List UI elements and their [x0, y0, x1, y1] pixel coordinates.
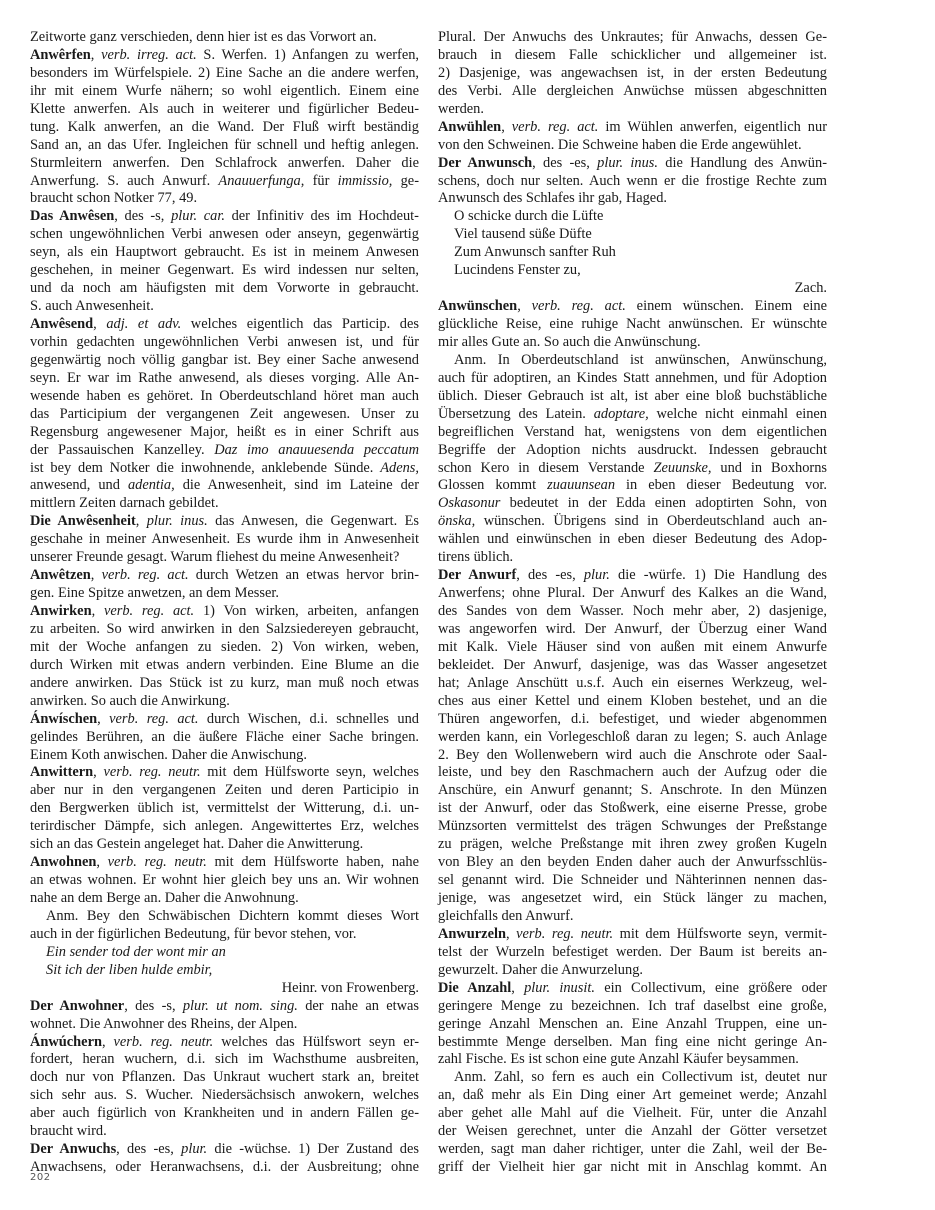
text-run: von Bley an den beyden Enden daher auch … [438, 854, 827, 870]
text-run: geschahe in meiner Anwesenheit. Es wurde… [30, 531, 419, 547]
text-run: doch nur von Pflanzen. Das Unkraut wuche… [30, 1069, 419, 1085]
text-run: das Anwesen, die Gegenwart. Es [208, 513, 419, 529]
text-line: gen. Eine Spitze anwetzen, an dem Messer… [30, 585, 419, 603]
text-run: Anwerfung. S. auch Anwurf. [30, 173, 218, 189]
text-run: Zach. [795, 280, 827, 296]
text-line: Zach. [438, 280, 827, 298]
text-run: gewurzelt. Daher die Anwurzelung. [438, 962, 643, 978]
text-line: durch Wirken mit etwas andern verbinden.… [30, 657, 419, 675]
text-line: was angeworfen wird. Der Anwurf, der Übe… [438, 621, 827, 639]
text-run: fordert, heran wuchern, d.i. sich im Wac… [30, 1051, 419, 1067]
text-run: bestimmte Menge derselben. Man fing eine… [438, 1034, 827, 1050]
text-run: Lucindens Fenster zu, [454, 262, 581, 278]
entry-headword: Anwêrfen [30, 47, 91, 63]
text-run: sich an das Gestein angeleget hat. Daher… [30, 836, 363, 852]
text-line: sich an das Gestein angeleget hat. Daher… [30, 836, 419, 854]
italic-term: Sit ich der liben hulde embir, [46, 962, 212, 978]
text-run: geringere Menge zu bezeichnen. Ich traf … [438, 998, 827, 1014]
text-line: ist bey dem Notker die inwohnende, ankle… [30, 460, 419, 478]
text-run: einem wünschen. Einem eine [626, 298, 827, 314]
text-run: mit der Woche anfangen zu sieden. 2) Von… [30, 639, 419, 655]
italic-term: önska, [438, 513, 475, 529]
text-line: ihr mit einem Wurfe nähern; so wohl eige… [30, 83, 419, 101]
text-run: Heinr. von Frowenberg. [282, 980, 419, 996]
italic-term: plur. inus. [147, 513, 208, 529]
text-line: Die Anzahl, plur. inusit. ein Collectivu… [438, 980, 827, 998]
text-run: welche nicht einmahl einen [649, 406, 827, 422]
text-run: Übersetzung des Latein. [438, 406, 594, 422]
italic-term: plur. [584, 567, 610, 583]
text-line: den Bergwerken üblich ist, vermittelst d… [30, 800, 419, 818]
text-run: mit dem Hülfsworte seyn, vermit- [613, 926, 827, 942]
text-run: Thüren angeworfen, d.i. befestiget, und … [438, 711, 827, 727]
italic-term: immissio, [338, 173, 393, 189]
text-line: geringere Menge zu bezeichnen. Ich traf … [438, 998, 827, 1016]
text-run: aber nur in den vergangenen Zeiten und d… [30, 782, 419, 798]
italic-term: plur. inus. [597, 155, 658, 171]
text-line: wohnet. Die Anwohner des Rheins, der Alp… [30, 1016, 419, 1034]
text-run: Zeitworte ganz verschieden, denn hier is… [30, 29, 377, 45]
text-line: önska, wünschen. Übrigens sind in Oberde… [438, 513, 827, 531]
text-line: vorhin gedachten ungewöhnlichen Verbi an… [30, 334, 419, 352]
text-run: schon Kero in diesem Verstande [438, 460, 653, 476]
text-line: unserer Freunde gesagt. Warum fliehest d… [30, 549, 419, 567]
text-run: Anm. Zahl, so fern es auch ein Collectiv… [454, 1069, 827, 1085]
text-run: aber auch figürlich von Krankheiten und … [30, 1105, 419, 1121]
text-run: Sturmleitern anwerfen. Den Schlafrock an… [30, 155, 419, 171]
text-run: der Passauischen Kanzelley. [30, 442, 214, 458]
entry-headword: Das Anwêsen [30, 208, 114, 224]
text-line: geschehen, in meiner Gegenwart. Es wird … [30, 262, 419, 280]
text-run: wählen und einwünschen in eben dieser Be… [438, 531, 827, 547]
text-run: mit dem Hülfsworte haben, nahe [207, 854, 419, 870]
text-run: ein Collectivum, eine größere oder [595, 980, 827, 996]
text-line: Einem Koth anwischen. Daher die Anwischu… [30, 747, 419, 765]
text-run: ches aus einer Kettel und einem Kloben b… [438, 693, 827, 709]
text-run: braucht wird. [30, 1123, 107, 1139]
text-line: auch in der figürlichen Bedeutung, für b… [30, 926, 419, 944]
text-run: ihr mit einem Wurfe nähern; so wohl eige… [30, 83, 419, 99]
text-run: tung. Kalk anwerfen, an die Wand. Der Fl… [30, 119, 419, 135]
italic-term: plur. inusit. [524, 980, 595, 996]
page-number: 202 [30, 1172, 51, 1183]
text-line: mir alles Gute an. So auch die Anwünschu… [438, 334, 827, 352]
text-line: zahl Fische. Es ist schon eine gute Anza… [438, 1051, 827, 1069]
text-line: der Passauischen Kanzelley. Daz imo anau… [30, 442, 419, 460]
text-line: an etwas wohnen. Er wohnt hier gleich be… [30, 872, 419, 890]
text-line: Anwünschen, verb. reg. act. einem wünsch… [438, 298, 827, 316]
text-run: wohnet. Die Anwohner des Rheins, der Alp… [30, 1016, 297, 1032]
text-line: tung. Kalk anwerfen, an die Wand. Der Fl… [30, 119, 419, 137]
text-run: schens, doch nur selten. Auch wenn er di… [438, 173, 827, 189]
text-run: Münzsorten vermittelst des trägen Schwun… [438, 818, 827, 834]
text-run: das Participium der vergangenen Zeit ang… [30, 406, 419, 422]
text-run: für [304, 173, 337, 189]
text-line: sel genannt wird. Die Schneider und Näht… [438, 872, 827, 890]
text-run: werden, sagt man daher richtiger, unter … [438, 1141, 827, 1157]
text-run: , [91, 567, 102, 583]
text-run: Einem Koth anwischen. Daher die Anwischu… [30, 747, 307, 763]
text-run: hat; Anlage Anschütt u.s.f. Auch ein eis… [438, 675, 827, 691]
italic-term: plur. ut nom. sing. [183, 998, 298, 1014]
text-line: doch nur von Pflanzen. Das Unkraut wuche… [30, 1069, 419, 1087]
text-run: Regensburg angewesener Major, heißt es i… [30, 424, 419, 440]
text-run: ist bey dem Notker die inwohnende, ankle… [30, 460, 380, 476]
entry-headword: Ánwúchern [30, 1034, 102, 1050]
italic-term: verb. reg. act. [102, 567, 189, 583]
text-run: andere anwirken. Das Stück ist zu kurz, … [30, 675, 419, 691]
text-run: seyn, als ein Hauptwort gebraucht. Es is… [30, 244, 419, 260]
text-line: telst der Wurzeln befestiget werden. Der… [438, 944, 827, 962]
text-run: 1) Von wirken, arbeiten, anfangen [194, 603, 419, 619]
text-run: , des -s, [114, 208, 171, 224]
text-line: terirdischer Dämpfe, sich anlegen. Angew… [30, 818, 419, 836]
italic-term: verb. reg. neutr. [103, 764, 200, 780]
text-line: jenige, was angesetzet wird, ein Stück l… [438, 890, 827, 908]
text-line: werden, sagt man daher richtiger, unter … [438, 1141, 827, 1159]
entry-headword: Anwittern [30, 764, 93, 780]
text-run: anwesend, und [30, 477, 128, 493]
text-run: schen ungewöhnlichen Verbi anwesen oder … [30, 226, 419, 242]
text-run: welches das Hülfswort seyn er- [213, 1034, 419, 1050]
text-line: Anwêsend, adj. et adv. welches eigentlic… [30, 316, 419, 334]
text-run: Anm. In Oberdeutschland ist anwünschen, … [454, 352, 827, 368]
text-run: , [102, 1034, 114, 1050]
italic-term: verb. reg. neutr. [108, 854, 207, 870]
text-line: Viel tausend süße Düfte [438, 226, 827, 244]
text-line: wesende haben es gehöret. In Oberdeutsch… [30, 388, 419, 406]
text-line: zu arbeiten. So wird anwirken in den Sal… [30, 621, 419, 639]
text-line: anwesend, und adentia, die Anwesenheit, … [30, 477, 419, 495]
text-run: Begriffe der Adoption nichts ausdruckt. … [438, 442, 827, 458]
text-line: gelindes Berühren, an die äußere Fläche … [30, 729, 419, 747]
text-line: auch für adoptiren, an Kindes Statt anne… [438, 370, 827, 388]
text-run: , [91, 47, 101, 63]
text-line: seyn. Er war im Rathe anwesend, als dies… [30, 370, 419, 388]
text-run: zahl Fische. Es ist schon eine gute Anza… [438, 1051, 799, 1067]
text-run: 2. Bey den Wollenwebern wird auch die An… [438, 747, 827, 763]
text-run: , [506, 926, 516, 942]
text-run: , des -es, [516, 567, 584, 583]
text-line: schens, doch nur selten. Auch wenn er di… [438, 173, 827, 191]
text-run: ge- [392, 173, 419, 189]
text-line: an, daß mehr als Ein Ding einer Art geme… [438, 1087, 827, 1105]
entry-headword: Der Anwuchs [30, 1141, 116, 1157]
text-line: anwirken. So auch die Anwirkung. [30, 693, 419, 711]
text-run: , des -es, [532, 155, 597, 171]
text-run: auch für adoptiren, an Kindes Statt anne… [438, 370, 827, 386]
italic-term: plur. [181, 1141, 207, 1157]
text-run: wesende haben es gehöret. In Oberdeutsch… [30, 388, 419, 404]
text-line: von den Schweinen. Die Schweine haben di… [438, 137, 827, 155]
text-run: gen. Eine Spitze anwetzen, an dem Messer… [30, 585, 279, 601]
text-run: nahe an dem Berge an. Daher die Anwohnun… [30, 890, 299, 906]
text-run: bekleidet. Der Anwurf, dasjenige, was da… [438, 657, 827, 673]
text-line: geschahe in meiner Anwesenheit. Es wurde… [30, 531, 419, 549]
text-run: im Wühlen anwerfen, eigentlich nur [598, 119, 827, 135]
text-line: Die Anwêsenheit, plur. inus. das Anwesen… [30, 513, 419, 531]
text-run: Anwachsens, oder Heranwachsens, d.i. der… [30, 1159, 419, 1175]
text-line: des Verbi. Alle dergleichen Anwüchse müs… [438, 83, 827, 101]
italic-term: Ein sender tod der wont mir an [46, 944, 226, 960]
text-run: griff der Vielheit hier gar nicht mit in… [438, 1159, 827, 1175]
text-run: die Handlung des Anwün- [658, 155, 827, 171]
text-run: , [501, 119, 512, 135]
text-run: den Bergwerken üblich ist, vermittelst d… [30, 800, 419, 816]
italic-term: Oskasonur [438, 495, 500, 511]
text-line: begreiflichen Verstand hat, wenigstens v… [438, 424, 827, 442]
text-line: Sturmleitern anwerfen. Den Schlafrock an… [30, 155, 419, 173]
text-run: des Sandes von dem Wasser. Noch mehr abe… [438, 603, 827, 619]
text-run: besonders im Würfelspiele. 2) Eine Sache… [30, 65, 419, 81]
text-run: Anwunsch des Schlafes ihr gab, Haged. [438, 190, 667, 206]
text-line: werden kann, ein Vorlegeschloß daran zu … [438, 729, 827, 747]
text-run: an etwas wohnen. Er wohnt hier gleich be… [30, 872, 419, 888]
text-line: aber auch figürlich von Krankheiten und … [30, 1105, 419, 1123]
text-line: zu prägen, welche Preßstange mit ihren z… [438, 836, 827, 854]
text-line: 2) Dasjenige, was angewachsen ist, in de… [438, 65, 827, 83]
text-line: wählen und einwünschen in eben dieser Be… [438, 531, 827, 549]
text-line: Anwêrfen, verb. irreg. act. S. Werfen. 1… [30, 47, 419, 65]
entry-headword: Anwurzeln [438, 926, 506, 942]
text-run: Glossen kommt [438, 477, 547, 493]
text-run: S. auch Anwesenheit. [30, 298, 154, 314]
text-line: Anm. Zahl, so fern es auch ein Collectiv… [438, 1069, 827, 1087]
text-run: telst der Wurzeln befestiget werden. Der… [438, 944, 827, 960]
text-run: vorhin gedachten ungewöhnlichen Verbi an… [30, 334, 419, 350]
text-line: ches aus einer Kettel und einem Kloben b… [438, 693, 827, 711]
text-run: welches eigentlich das Particip. des [181, 316, 419, 332]
text-line: leiste, und bey den Raschmachern auch de… [438, 764, 827, 782]
text-run: werden. [438, 101, 484, 117]
text-run: gegenwärtig noch völlig gangbar ist. Bey… [30, 352, 419, 368]
text-run: und in Boxhorns [711, 460, 827, 476]
text-run: die -würfe. 1) Die Handlung des [610, 567, 827, 583]
text-line: Ánwúchern, verb. reg. neutr. welches das… [30, 1034, 419, 1052]
text-line: Begriffe der Adoption nichts ausdruckt. … [438, 442, 827, 460]
text-line: seyn, als ein Hauptwort gebraucht. Es is… [30, 244, 419, 262]
italic-term: plur. car. [171, 208, 225, 224]
text-line: Anm. In Oberdeutschland ist anwünschen, … [438, 352, 827, 370]
text-run: der Weisen gerechnet, unter die Anzahl d… [438, 1123, 827, 1139]
text-line: hat; Anlage Anschütt u.s.f. Auch ein eis… [438, 675, 827, 693]
text-line: Das Anwêsen, des -s, plur. car. der Infi… [30, 208, 419, 226]
entry-headword: Anwünschen [438, 298, 517, 314]
text-run: braucht schon Notker 77, 49. [30, 190, 197, 206]
text-run: brauch in diesem Falle schicklicher und … [438, 47, 827, 63]
text-line: schon Kero in diesem Verstande Zeuunske,… [438, 460, 827, 478]
text-line: des Sandes von dem Wasser. Noch mehr abe… [438, 603, 827, 621]
text-run: jenige, was angesetzet wird, ein Stück l… [438, 890, 827, 906]
text-run: terirdischer Dämpfe, sich anlegen. Angew… [30, 818, 419, 834]
text-run: auch in der figürlichen Bedeutung, für b… [30, 926, 357, 942]
text-run: seyn. Er war im Rathe anwesend, als dies… [30, 370, 419, 386]
text-line: gewurzelt. Daher die Anwurzelung. [438, 962, 827, 980]
italic-term: Zeuunske, [653, 460, 711, 476]
text-run: die -wüchse. 1) Der Zustand des [207, 1141, 419, 1157]
left-column: Zeitworte ganz verschieden, denn hier is… [30, 29, 419, 1177]
text-line: schen ungewöhnlichen Verbi anwesen oder … [30, 226, 419, 244]
text-line: Anwêtzen, verb. reg. act. durch Wetzen a… [30, 567, 419, 585]
text-line: Ein sender tod der wont mir an [30, 944, 419, 962]
text-run: geschehen, in meiner Gegenwart. Es wird … [30, 262, 419, 278]
text-run: , [93, 764, 103, 780]
text-line: griff der Vielheit hier gar nicht mit in… [438, 1159, 827, 1177]
text-run: sich sehr aus. S. Wucher. Niedersächsisc… [30, 1087, 419, 1103]
text-run: und da noch am häufigsten mit dem Vorwor… [30, 280, 419, 296]
text-line: Klette anwerfen. Als auch in weiterer un… [30, 101, 419, 119]
text-run: Klette anwerfen. Als auch in weiterer un… [30, 101, 419, 117]
entry-headword: Der Anwurf [438, 567, 516, 583]
italic-term: Daz imo anauuesenda peccatum [214, 442, 419, 458]
text-line: Anwunsch des Schlafes ihr gab, Haged. [438, 190, 827, 208]
text-line: Anschüre, ein Anwurf genannt; S. Anschro… [438, 782, 827, 800]
text-line: aber gehet alle Mahl auf die Vielheit. F… [438, 1105, 827, 1123]
text-run: gelindes Berühren, an die äußere Fläche … [30, 729, 419, 745]
text-line: Oskasonur bedeutet in der Edda einen ado… [438, 495, 827, 513]
text-line: der Weisen gerechnet, unter die Anzahl d… [438, 1123, 827, 1141]
text-run: , [93, 316, 106, 332]
text-run: Anm. Bey den Schwäbischen Dichtern kommt… [46, 908, 419, 924]
text-line: Sit ich der liben hulde embir, [30, 962, 419, 980]
italic-term: verb. reg. act. [104, 603, 194, 619]
text-run: durch Wirken mit etwas andern verbinden.… [30, 657, 419, 673]
text-run: leiste, und bey den Raschmachern auch de… [438, 764, 827, 780]
text-run: S. Werfen. 1) Anfangen zu werfen, [197, 47, 419, 63]
entry-headword: Anwohnen [30, 854, 96, 870]
text-run: anwirken. So auch die Anwirkung. [30, 693, 230, 709]
dictionary-page: Zeitworte ganz verschieden, denn hier is… [0, 0, 935, 1210]
text-run: zu arbeiten. So wird anwirken in den Sal… [30, 621, 419, 637]
text-line: Anwohnen, verb. reg. neutr. mit dem Hülf… [30, 854, 419, 872]
text-line: nahe an dem Berge an. Daher die Anwohnun… [30, 890, 419, 908]
text-run: 2) Dasjenige, was angewachsen ist, in de… [438, 65, 827, 81]
text-line: brauch in diesem Falle schicklicher und … [438, 47, 827, 65]
text-run: von den Schweinen. Die Schweine haben di… [438, 137, 802, 153]
text-line: Anwurzeln, verb. reg. neutr. mit dem Hül… [438, 926, 827, 944]
text-line: mit Kalk. Viele Häuser sind von außen mi… [438, 639, 827, 657]
text-line: Anwerfens; ohne Plural. Der Anwurf des K… [438, 585, 827, 603]
italic-term: Adens, [380, 460, 419, 476]
text-run: zu prägen, welche Preßstange mit ihren z… [438, 836, 827, 852]
text-run: aber gehet alle Mahl auf die Vielheit. F… [438, 1105, 827, 1121]
text-run: geringe Anzahl Menschen an. Eine Anzahl … [438, 1016, 827, 1032]
text-line: Zeitworte ganz verschieden, denn hier is… [30, 29, 419, 47]
entry-headword: Ánwíschen [30, 711, 97, 727]
italic-term: verb. reg. act. [532, 298, 626, 314]
text-line: Sand an, an das Ufer. Ingleichen für sch… [30, 137, 419, 155]
text-run: , des -s, [124, 998, 183, 1014]
text-line: 2. Bey den Wollenwebern wird auch die An… [438, 747, 827, 765]
text-line: gegenwärtig noch völlig gangbar ist. Bey… [30, 352, 419, 370]
text-line: von Bley an den beyden Enden daher auch … [438, 854, 827, 872]
entry-headword: Der Anwohner [30, 998, 124, 1014]
text-run: der Infinitiv des im Hochdeut- [225, 208, 419, 224]
text-line: O schicke durch die Lüfte [438, 208, 827, 226]
text-run: durch Wetzen an etwas hervor brin- [189, 567, 419, 583]
text-run: begreiflichen Verstand hat, wenigstens v… [438, 424, 827, 440]
text-line: Münzsorten vermittelst des trägen Schwun… [438, 818, 827, 836]
text-run: Anschüre, ein Anwurf genannt; S. Anschro… [438, 782, 827, 798]
text-line: S. auch Anwesenheit. [30, 298, 419, 316]
text-run: , [136, 513, 147, 529]
text-run: Zum Anwunsch sanfter Ruh [454, 244, 616, 260]
entry-headword: Anwühlen [438, 119, 501, 135]
italic-term: verb. reg. act. [512, 119, 599, 135]
text-line: Anwittern, verb. reg. neutr. mit dem Hül… [30, 764, 419, 782]
text-line: braucht wird. [30, 1123, 419, 1141]
text-run: mit dem Hülfsworte seyn, welches [201, 764, 419, 780]
italic-term: verb. reg. neutr. [114, 1034, 214, 1050]
text-run: werden kann, ein Vorlegeschloß daran zu … [438, 729, 827, 745]
text-line: Heinr. von Frowenberg. [30, 980, 419, 998]
text-line: geringe Anzahl Menschen an. Eine Anzahl … [438, 1016, 827, 1034]
text-line: Der Anwunsch, des -es, plur. inus. die H… [438, 155, 827, 173]
text-run: Plural. Der Anwuchs des Unkrautes; für A… [438, 29, 827, 45]
text-run: in eben dieser Bedeutung vor. [615, 477, 827, 493]
text-run: Sand an, an das Ufer. Ingleichen für sch… [30, 137, 419, 153]
text-line: tirens üblich. [438, 549, 827, 567]
text-run: mit Kalk. Viele Häuser sind von außen mi… [438, 639, 827, 655]
text-line: Regensburg angewesener Major, heißt es i… [30, 424, 419, 442]
text-run: mir alles Gute an. So auch die Anwünschu… [438, 334, 701, 350]
entry-headword: Die Anzahl [438, 980, 511, 996]
text-line: Lucindens Fenster zu, [438, 262, 827, 280]
text-line: besonders im Würfelspiele. 2) Eine Sache… [30, 65, 419, 83]
text-line: bestimmte Menge derselben. Man fing eine… [438, 1034, 827, 1052]
text-run: gleichfalls den Anwurf. [438, 908, 573, 924]
text-line: Anwachsens, oder Heranwachsens, d.i. der… [30, 1159, 419, 1177]
text-line: Thüren angeworfen, d.i. befestiget, und … [438, 711, 827, 729]
text-run: , des -es, [116, 1141, 181, 1157]
text-line: ist der Anwurf, oder das Stoßwerk, eine … [438, 800, 827, 818]
text-run: an, daß mehr als Ein Ding einer Art geme… [438, 1087, 827, 1103]
italic-term: adj. et adv. [106, 316, 181, 332]
text-run: wünschen. Übrigens sind in Oberdeutschla… [475, 513, 827, 529]
text-run: glückliche Reise, eine ruhige Nacht anwü… [438, 316, 827, 332]
text-line: und da noch am häufigsten mit dem Vorwor… [30, 280, 419, 298]
text-run: des Verbi. Alle dergleichen Anwüchse müs… [438, 83, 827, 99]
text-run: Anwerfens; ohne Plural. Der Anwurf des K… [438, 585, 827, 601]
text-line: Übersetzung des Latein. adoptare, welche… [438, 406, 827, 424]
text-run: , [517, 298, 531, 314]
text-run: tirens üblich. [438, 549, 513, 565]
text-line: Anwirken, verb. reg. act. 1) Von wirken,… [30, 603, 419, 621]
italic-term: verb. reg. act. [109, 711, 198, 727]
text-run: der nahe an etwas [298, 998, 419, 1014]
text-line: aber nur in den vergangenen Zeiten und d… [30, 782, 419, 800]
entry-headword: Anwirken [30, 603, 92, 619]
italic-term: verb. irreg. act. [101, 47, 197, 63]
text-line: mit der Woche anfangen zu sieden. 2) Von… [30, 639, 419, 657]
entry-headword: Der Anwunsch [438, 155, 532, 171]
text-line: braucht schon Notker 77, 49. [30, 190, 419, 208]
text-line: üblich. Dieser Gebrauch ist alt, ist abe… [438, 388, 827, 406]
text-line: mittlern Zeiten darnach gebildet. [30, 495, 419, 513]
text-run: Viel tausend süße Düfte [454, 226, 592, 242]
text-run: ist der Anwurf, oder das Stoßwerk, eine … [438, 800, 827, 816]
entry-headword: Anwêtzen [30, 567, 91, 583]
italic-term: verb. reg. neutr. [516, 926, 613, 942]
right-column: Plural. Der Anwuchs des Unkrautes; für A… [438, 29, 827, 1177]
text-line: Anwerfung. S. auch Anwurf. Anauuerfunga,… [30, 173, 419, 191]
text-run: was angeworfen wird. Der Anwurf, der Übe… [438, 621, 827, 637]
text-run: durch Wischen, d.i. schnelles und [199, 711, 419, 727]
text-run: unserer Freunde gesagt. Warum fliehest d… [30, 549, 399, 565]
text-run: , [92, 603, 104, 619]
text-run: die Anwesenheit, sind im Lateine der [175, 477, 419, 493]
text-line: Der Anwohner, des -s, plur. ut nom. sing… [30, 998, 419, 1016]
